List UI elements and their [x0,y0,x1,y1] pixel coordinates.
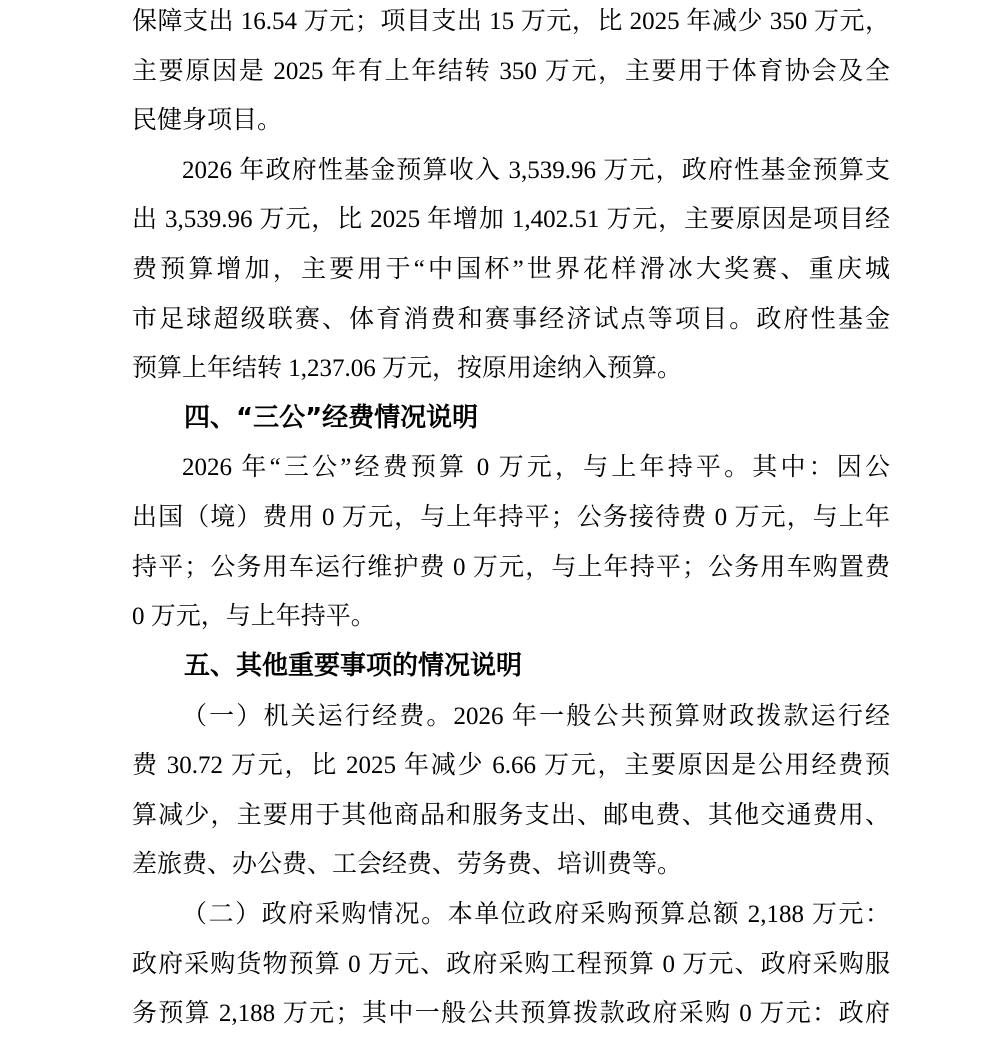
paragraph-three-public-expenses-line-2: 出国（境）费用 0 万元，与上年持平；公务接待费 0 万元，与上年 [132,493,890,543]
paragraph-three-public-expenses-line-4: 0 万元，与上年持平。 [132,592,890,642]
paragraph-agency-operating-costs-line-2: 费 30.72 万元，比 2025 年减少 6.66 万元，主要原因是公用经费预 [132,741,890,791]
document-page-background: { "page": { "background_color": "#ffffff… [0,0,1000,1042]
document-text-column: 保障支出 16.54 万元；项目支出 15 万元，比 2025 年减少 350 … [132,0,890,1039]
paragraph-gov-procurement-line-3: 务预算 2,188 万元；其中一般公共预算拨款政府采购 0 万元：政府 [132,989,890,1039]
paragraph-agency-operating-costs-line-4: 差旅费、办公费、工会经费、劳务费、培训费等。 [132,840,890,890]
paragraph-three-public-expenses-line-1: 2026 年“三公”经费预算 0 万元，与上年持平。其中：因公 [132,443,890,493]
paragraph-agency-operating-costs-line-1: （一）机关运行经费。2026 年一般公共预算财政拨款运行经 [132,692,890,742]
paragraph-gov-fund-budget-line-3: 费预算增加，主要用于“中国杯”世界花样滑冰大奖赛、重庆城 [132,245,890,295]
paragraph-three-public-expenses-line-3: 持平；公务用车运行维护费 0 万元，与上年持平；公务用车购置费 [132,543,890,593]
heading-section-4-three-public-expenses-line-1: 四、“三公”经费情况说明 [132,394,890,444]
paragraph-gov-procurement-line-1: （二）政府采购情况。本单位政府采购预算总额 2,188 万元： [132,890,890,940]
paragraph-project-expenditure-line-2: 主要原因是 2025 年有上年结转 350 万元，主要用于体育协会及全 [132,47,890,97]
paragraph-gov-fund-budget-line-5: 预算上年结转 1,237.06 万元，按原用途纳入预算。 [132,344,890,394]
paragraph-gov-fund-budget-line-2: 出 3,539.96 万元，比 2025 年增加 1,402.51 万元，主要原… [132,195,890,245]
paragraph-project-expenditure-line-1: 保障支出 16.54 万元；项目支出 15 万元，比 2025 年减少 350 … [132,0,890,47]
paragraph-agency-operating-costs-line-3: 算减少，主要用于其他商品和服务支出、邮电费、其他交通费用、 [132,791,890,841]
paragraph-project-expenditure-line-3: 民健身项目。 [132,96,890,146]
paragraph-gov-fund-budget-line-1: 2026 年政府性基金预算收入 3,539.96 万元，政府性基金预算支 [132,146,890,196]
heading-section-5-other-important-matters-line-1: 五、其他重要事项的情况说明 [132,642,890,692]
paragraph-gov-procurement-line-2: 政府采购货物预算 0 万元、政府采购工程预算 0 万元、政府采购服 [132,940,890,990]
paragraph-gov-fund-budget-line-4: 市足球超级联赛、体育消费和赛事经济试点等项目。政府性基金 [132,295,890,345]
